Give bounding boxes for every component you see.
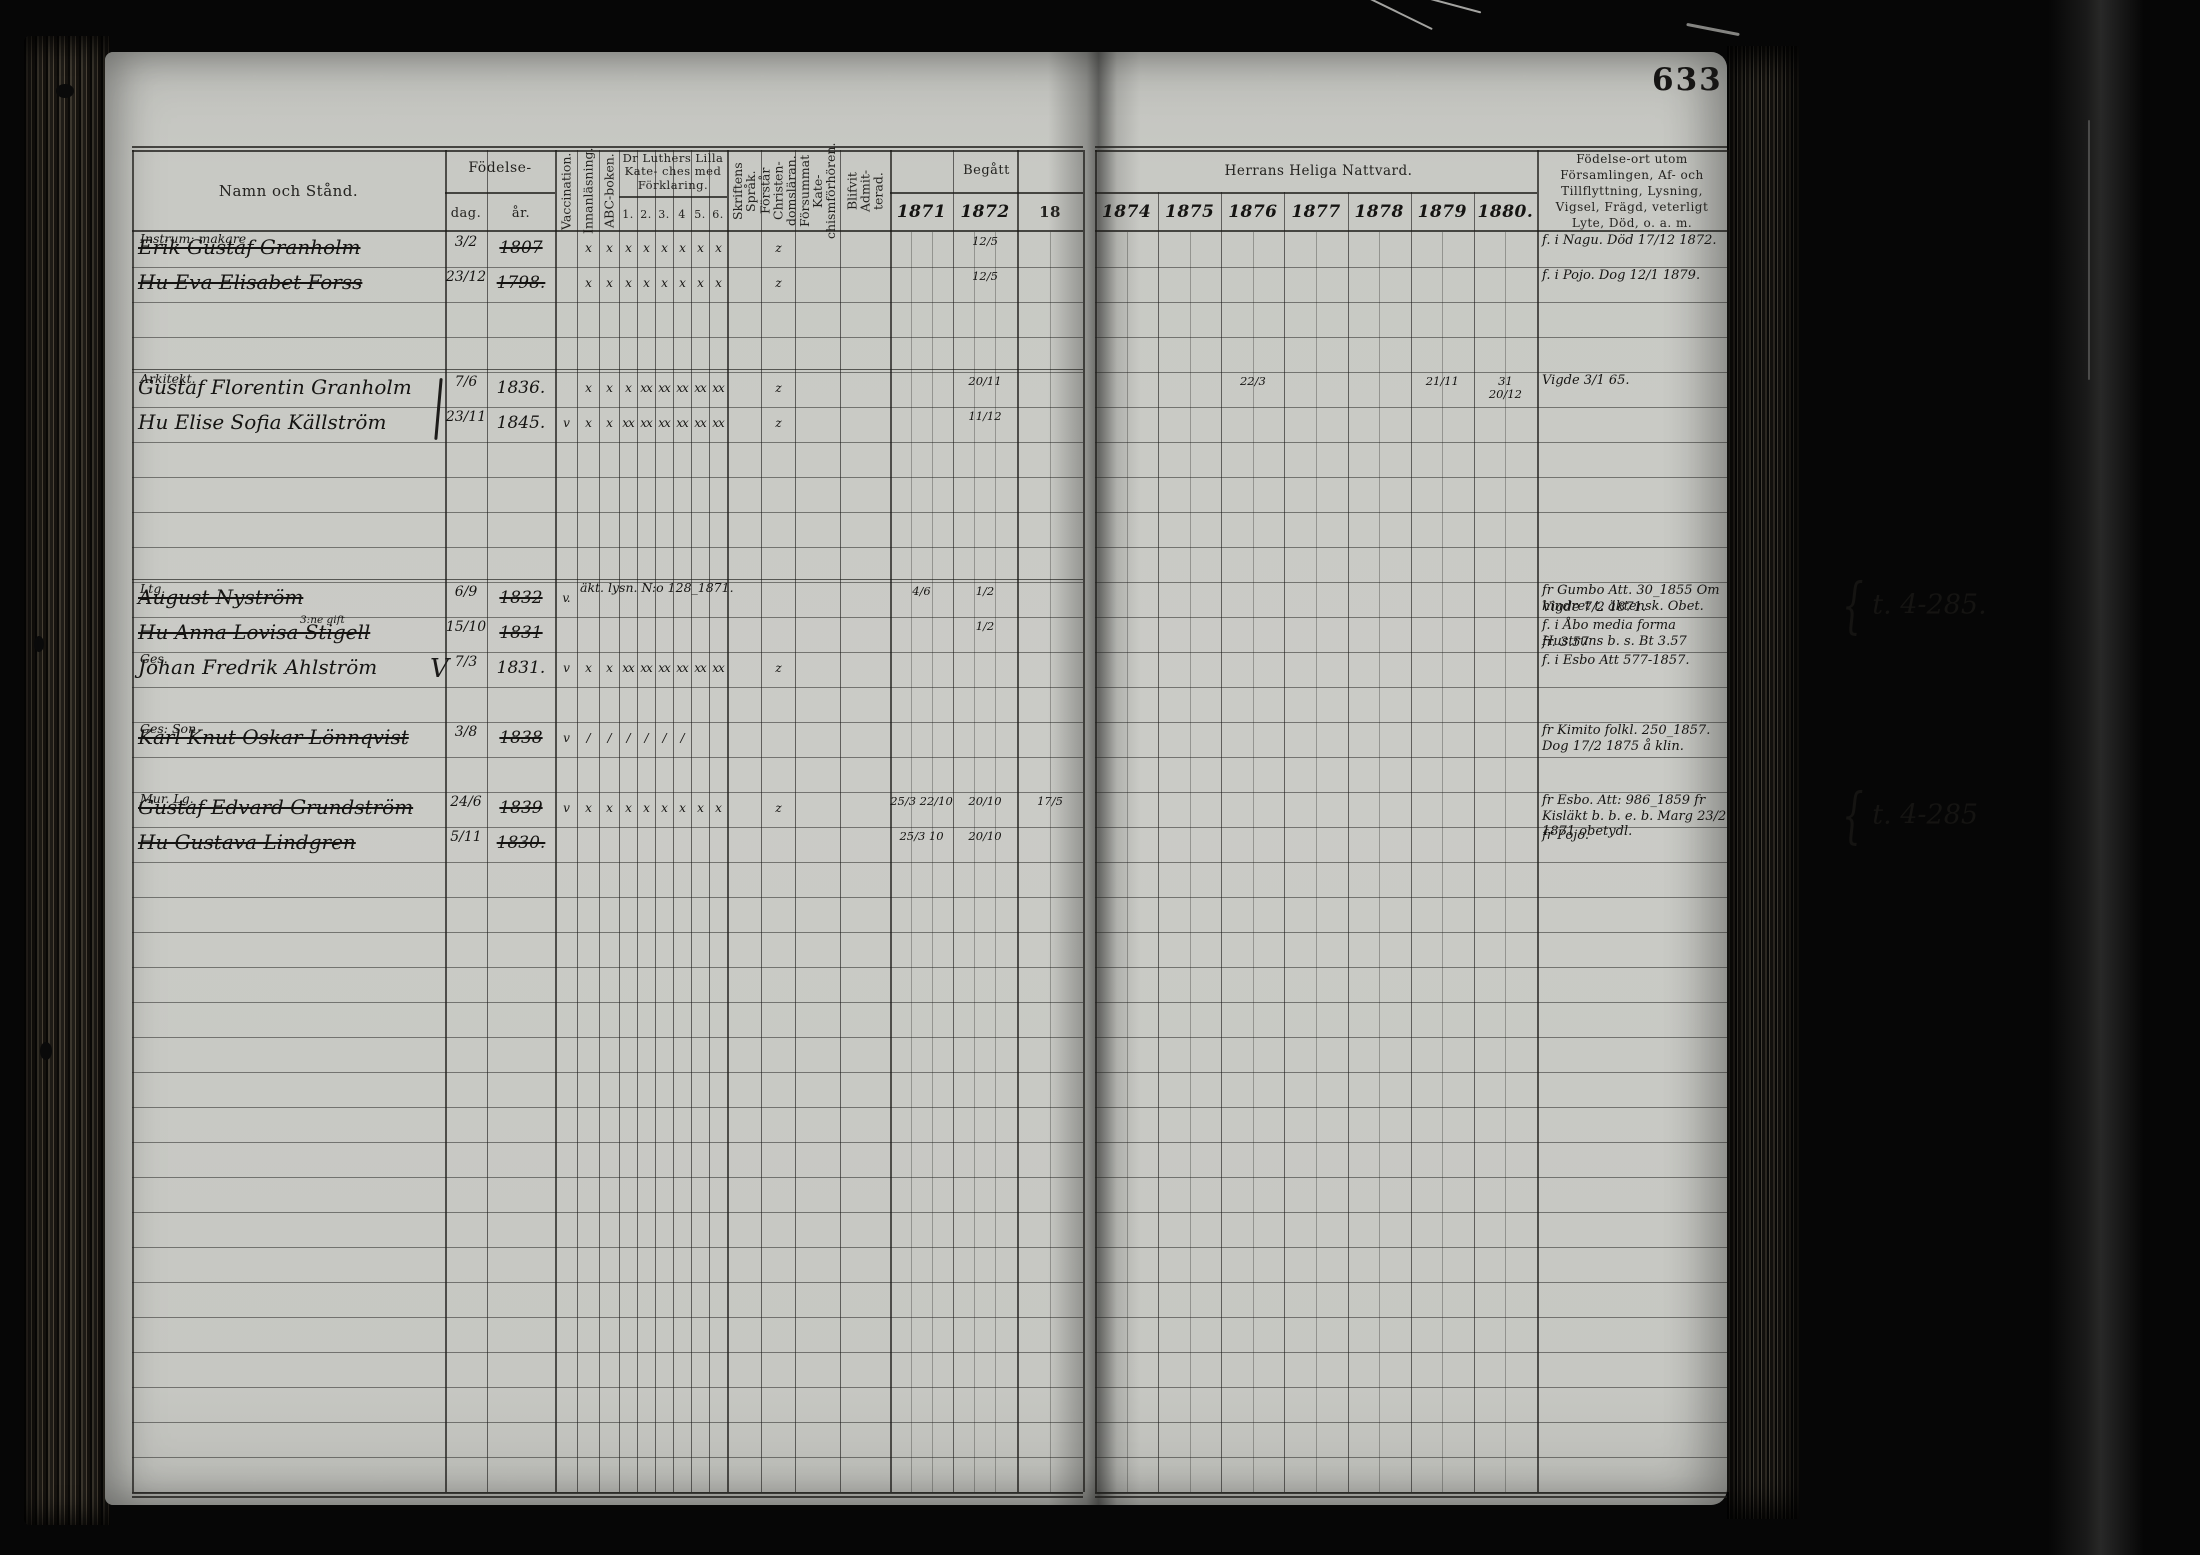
reading-mark: x: [577, 241, 599, 255]
row-rule: [1095, 862, 1727, 863]
birth-year: 1831.: [489, 658, 553, 678]
catechism-mark: /: [637, 731, 655, 745]
rule-vertical: [655, 150, 656, 1492]
ink-blot: [40, 1042, 52, 1060]
row-rule: [132, 652, 1083, 653]
communion-1872-mark: 20/10: [953, 830, 1017, 843]
ink-blot: [34, 636, 44, 652]
catechism-mark: xx: [691, 381, 709, 395]
rule-vertical: [890, 150, 892, 1492]
row-rule: [1095, 1352, 1727, 1353]
communion-1871-mark: 4/6: [890, 585, 953, 598]
group-divider: [132, 369, 1083, 370]
birth-year: 1832: [489, 588, 553, 608]
birth-day: 24/6: [445, 794, 487, 810]
person-name: Erik Gustaf Granholm: [138, 235, 438, 259]
rule-vertical: [795, 150, 796, 1492]
row-rule: [1095, 1107, 1727, 1108]
archival-ledger-photo: { "page_number": "633", "left_header": {…: [0, 0, 2200, 1555]
communion-1872-mark: 1/2: [953, 620, 1017, 633]
header-catechism-1: 1.: [619, 198, 637, 230]
row-rule: [1095, 512, 1727, 513]
birth-year: 1807: [489, 238, 553, 258]
rule-vertical: [555, 150, 557, 1492]
person-name: Hu Anna Lovisa Stigell: [138, 620, 438, 644]
row-rule: [132, 512, 1083, 513]
row-rule: [1095, 1282, 1727, 1283]
notes-entry: f. i Esbo Att 577-1857.: [1542, 653, 1728, 669]
nattvard-mark: 31 20/12: [1474, 375, 1537, 401]
abc-mark: x: [599, 416, 619, 430]
row-rule: [132, 1352, 1083, 1353]
vaccination-mark: v: [555, 661, 577, 675]
row-rule: [132, 407, 1083, 408]
catechism-mark: xx: [637, 416, 655, 430]
catechism-mark: xx: [673, 416, 691, 430]
rule-vertical: [691, 150, 692, 1492]
row-rule: [1095, 547, 1727, 548]
birth-year: 1798.: [489, 273, 553, 293]
notes-entry-line2: Vigde 7/2 1871.: [1542, 600, 1728, 616]
rule-vertical: [727, 150, 729, 1492]
row-rule: [1095, 302, 1727, 303]
rule-vertical: [673, 150, 674, 1492]
catechism-mark: x: [619, 276, 637, 290]
row-rule: [132, 1422, 1083, 1423]
row-rule: [132, 302, 1083, 303]
rule-horizontal: [132, 230, 1083, 232]
rule-vertical: [953, 150, 954, 1492]
header-scripture: Skriftens Språk.: [727, 152, 761, 230]
catechism-mark: xx: [655, 416, 673, 430]
row-rule: [1095, 1037, 1727, 1038]
catechism-mark: xx: [637, 381, 655, 395]
row-rule: [132, 547, 1083, 548]
understands-mark: z: [761, 241, 795, 255]
notes-entry: f. i Nagu. Död 17/12 1872.: [1542, 233, 1728, 249]
notes-entry: Vigde 3/1 65.: [1542, 373, 1728, 389]
catechism-mark: xx: [709, 381, 727, 395]
catechism-mark: x: [619, 381, 637, 395]
row-rule: [1095, 932, 1727, 933]
abc-mark: /: [599, 731, 619, 745]
reading-mark: x: [577, 276, 599, 290]
catechism-mark: xx: [673, 661, 691, 675]
catechism-mark: xx: [619, 661, 637, 675]
row-rule: [132, 1212, 1083, 1213]
rule-vertical: [1083, 150, 1085, 1492]
scratch-mark: [1349, 0, 1433, 30]
row-rule: [132, 1072, 1083, 1073]
row-rule: [132, 1247, 1083, 1248]
row-rule: [132, 372, 1083, 373]
rule-vertical: [132, 150, 134, 1492]
row-rule: [1095, 757, 1727, 758]
communion-1872-mark: 1/2: [953, 585, 1017, 598]
rule-vertical: [445, 150, 447, 1492]
row-rule: [132, 477, 1083, 478]
row-rule: [132, 1492, 1083, 1493]
row-rule: [1095, 1387, 1727, 1388]
communion-1872-mark: 11/12: [953, 410, 1017, 423]
header-holy-communion: Herrans Heliga Nattvard.: [1100, 152, 1537, 190]
row-rule: [132, 932, 1083, 933]
row-rule: [1095, 1492, 1727, 1493]
rule-horizontal: [1095, 1496, 1727, 1498]
scratch-mark: [1425, 0, 1482, 13]
reading-mark: x: [577, 801, 599, 815]
header-year-1875: 1875: [1158, 194, 1221, 230]
person-name: Hu Gustava Lindgren: [138, 830, 438, 854]
catechism-mark: x: [673, 801, 691, 815]
header-communion-group: Begått: [890, 150, 1083, 190]
row-rule: [132, 267, 1083, 268]
birth-day: 3/8: [445, 724, 487, 740]
header-year-1871: 1871: [890, 194, 953, 230]
row-rule: [132, 1177, 1083, 1178]
catechism-mark: xx: [691, 416, 709, 430]
person-name: Gustaf Edvard Grundström: [138, 795, 438, 819]
person-name: Johan Fredrik Ahlström: [138, 655, 438, 679]
reading-mark: x: [577, 381, 599, 395]
transfer-reference: { t. 4-285: [1842, 796, 1978, 836]
page-number: 633: [1652, 62, 1723, 98]
birth-day: 3/2: [445, 234, 487, 250]
row-rule: [132, 337, 1083, 338]
catechism-mark: /: [655, 731, 673, 745]
birth-year: 1845.: [489, 413, 553, 433]
catechism-mark: x: [673, 276, 691, 290]
row-rule: [1095, 687, 1727, 688]
birth-day: 23/11: [445, 409, 487, 425]
book-left-page-edges: [24, 36, 110, 1525]
header-year-1878: 1878: [1348, 194, 1411, 230]
catechism-mark: x: [709, 241, 727, 255]
header-understands: Förstår Christen- domsläran.: [761, 152, 795, 230]
rule-vertical: [761, 150, 762, 1492]
catechism-mark: xx: [673, 381, 691, 395]
rule-vertical: [577, 150, 578, 1492]
person-name: Hu Elise Sofia Källström: [138, 410, 438, 434]
row-rule: [1095, 1212, 1727, 1213]
catechism-mark: /: [673, 731, 691, 745]
brace-mark: {: [1842, 780, 1864, 852]
communion-1872-mark: 12/5: [953, 270, 1017, 283]
header-catechism-4: 4: [673, 198, 691, 230]
notes-entry: fr Pojo.: [1542, 828, 1728, 844]
header-year-1876: 1876: [1221, 194, 1284, 230]
header-reading: Innanläsning.: [577, 152, 599, 230]
abc-mark: x: [599, 661, 619, 675]
catechism-mark: x: [655, 801, 673, 815]
row-rule: [132, 1142, 1083, 1143]
catechism-mark: x: [709, 276, 727, 290]
catechism-mark: x: [691, 801, 709, 815]
reading-mark: x: [577, 661, 599, 675]
row-rule: [132, 757, 1083, 758]
catechism-mark: xx: [619, 416, 637, 430]
header-catechism-3: 3.: [655, 198, 673, 230]
header-year-1874: 1874: [1095, 194, 1158, 230]
rule-horizontal: [132, 146, 1083, 148]
row-rule: [132, 1107, 1083, 1108]
rule-horizontal: [445, 192, 555, 194]
rule-horizontal: [1095, 146, 1727, 148]
birth-year: 1836.: [489, 378, 553, 398]
book-right-page-edges: [1727, 46, 1799, 1519]
nattvard-mark: 21/11: [1411, 375, 1474, 388]
row-rule: [1095, 1072, 1727, 1073]
catechism-mark: xx: [655, 661, 673, 675]
rule-horizontal: [132, 1496, 1083, 1498]
row-rule: [132, 792, 1083, 793]
row-rule: [132, 862, 1083, 863]
abc-mark: x: [599, 241, 619, 255]
row-rule: [132, 1282, 1083, 1283]
understands-mark: z: [761, 276, 795, 290]
header-catechism-6: 6.: [709, 198, 727, 230]
rule-vertical: [599, 150, 600, 1492]
vaccination-mark: v: [555, 416, 577, 430]
communion-18-mark: 17/5: [1017, 795, 1083, 808]
nattvard-mark: 22/3: [1221, 375, 1284, 388]
catechism-mark: x: [637, 276, 655, 290]
header-name-column: Namn och Stånd.: [132, 150, 445, 232]
birth-day: 23/12: [445, 269, 487, 285]
catechism-mark: x: [619, 241, 637, 255]
row-rule: [1095, 897, 1727, 898]
reading-mark: /: [577, 731, 599, 745]
birth-day: 5/11: [445, 829, 487, 845]
row-rule: [132, 967, 1083, 968]
birth-year: 1831: [489, 623, 553, 643]
notes-entry: f. i Pojo. Dog 12/1 1879.: [1542, 268, 1728, 284]
header-birth-day: dag.: [445, 196, 487, 230]
birth-year: 1830.: [489, 833, 553, 853]
check-stroke: V: [430, 654, 449, 684]
communion-1872-mark: 20/11: [953, 375, 1017, 388]
scratch-mark: [2088, 120, 2090, 380]
row-rule: [132, 617, 1083, 618]
communion-1871-mark: 25/3 22/10: [890, 795, 953, 808]
communion-1872-mark: 20/10: [953, 795, 1017, 808]
catechism-mark: xx: [709, 661, 727, 675]
row-rule: [132, 827, 1083, 828]
understands-mark: z: [761, 416, 795, 430]
catechism-mark: x: [637, 241, 655, 255]
header-birth-year: år.: [487, 196, 555, 230]
understands-mark: z: [761, 801, 795, 815]
rule-horizontal: [1095, 150, 1727, 152]
abc-mark: x: [599, 381, 619, 395]
ink-blot: [56, 84, 74, 98]
row-rule: [1095, 1247, 1727, 1248]
rule-vertical: [1537, 150, 1539, 1492]
catechism-mark: xx: [691, 661, 709, 675]
header-year-1880: 1880.: [1474, 194, 1537, 230]
rule-vertical: [840, 150, 841, 1492]
row-rule: [132, 1037, 1083, 1038]
row-rule: [1095, 477, 1727, 478]
catechism-mark: x: [691, 241, 709, 255]
row-rule: [1095, 1177, 1727, 1178]
rule-vertical: [1017, 150, 1019, 1492]
catechism-mark: xx: [655, 381, 673, 395]
abc-mark: x: [599, 801, 619, 815]
catechism-mark: xx: [637, 661, 655, 675]
transfer-reference: { t. 4-285.: [1842, 586, 1987, 626]
rule-vertical: [619, 150, 620, 1492]
birth-day: 7/3: [445, 654, 487, 670]
header-neglected: Försummat Kate- chismförhören.: [795, 152, 840, 230]
row-rule: [132, 1317, 1083, 1318]
catechism-mark: x: [691, 276, 709, 290]
brace-mark: {: [1842, 570, 1864, 642]
row-rule: [132, 687, 1083, 688]
person-name: Karl Knut Oskar Lönnqvist: [138, 725, 438, 749]
catechism-mark: x: [619, 801, 637, 815]
row-rule: [1095, 442, 1727, 443]
vaccination-mark: v.: [555, 591, 577, 605]
row-rule: [1095, 1422, 1727, 1423]
rule-vertical: [1284, 192, 1285, 1492]
rule-vertical: [1158, 192, 1159, 1492]
catechism-mark: /: [619, 731, 637, 745]
birth-year: 1839: [489, 798, 553, 818]
catechism-mark: x: [709, 801, 727, 815]
abc-mark: x: [599, 276, 619, 290]
person-name: Gustaf Florentin Granholm: [138, 375, 438, 399]
header-abc-book: ABC-boken.: [599, 152, 619, 230]
birth-day: 15/10: [445, 619, 487, 635]
rule-vertical: [709, 150, 710, 1492]
header-vaccination: Vaccination.: [555, 152, 577, 230]
header-year-18: 18: [1017, 194, 1083, 230]
row-rule: [132, 1387, 1083, 1388]
row-rule: [1095, 1317, 1727, 1318]
reading-mark: x: [577, 416, 599, 430]
rule-vertical: [1348, 192, 1349, 1492]
birth-year: 1838: [489, 728, 553, 748]
birth-day: 6/9: [445, 584, 487, 600]
header-notes-column: Födelse-ort utom Församlingen, Af- och T…: [1541, 150, 1723, 232]
catechism-mark: x: [655, 241, 673, 255]
row-rule: [132, 442, 1083, 443]
row-rule: [132, 897, 1083, 898]
header-catechism-2: 2.: [637, 198, 655, 230]
header-year-1879: 1879: [1411, 194, 1474, 230]
vaccination-mark: v: [555, 801, 577, 815]
row-rule: [132, 1002, 1083, 1003]
rule-vertical: [637, 150, 638, 1492]
vaccination-mark: v: [555, 731, 577, 745]
row-rule: [1095, 407, 1727, 408]
row-rule: [1095, 1002, 1727, 1003]
scratch-mark: [1686, 23, 1740, 36]
row-rule: [132, 1457, 1083, 1458]
header-year-1877: 1877: [1284, 194, 1347, 230]
person-name: Hu Eva Elisabet Forss: [138, 270, 438, 294]
birth-day: 7/6: [445, 374, 487, 390]
person-name: August Nyström: [138, 585, 438, 609]
row-rule: [1095, 1457, 1727, 1458]
catechism-mark: x: [673, 241, 691, 255]
understands-mark: z: [761, 381, 795, 395]
catechism-mark: x: [655, 276, 673, 290]
header-birth-group: Födelse-: [445, 154, 555, 182]
communion-1871-mark: 25/3 10: [890, 830, 953, 843]
rule-vertical: [487, 150, 488, 1492]
rule-horizontal: [890, 192, 1083, 194]
notes-entry: fr Kimito folkl. 250_1857. Dog 17/2 1875…: [1542, 723, 1728, 754]
row-rule: [1095, 1142, 1727, 1143]
row-rule: [1095, 967, 1727, 968]
catechism-mark: x: [637, 801, 655, 815]
row-rule: [132, 722, 1083, 723]
rule-vertical: [1095, 150, 1097, 1492]
rule-horizontal: [132, 150, 1083, 152]
background-light-band: [2048, 0, 2144, 1555]
row-rule: [1095, 337, 1727, 338]
catechism-mark: xx: [709, 416, 727, 430]
understands-mark: z: [761, 661, 795, 675]
header-year-1872: 1872: [953, 194, 1017, 230]
header-catechism-5: 5.: [691, 198, 709, 230]
notes-entry-line2: fr. 3.57: [1542, 635, 1728, 651]
communion-1872-mark: 12/5: [953, 235, 1017, 248]
header-admitted: Blifvit Admit- terad.: [840, 152, 890, 230]
banns-note: äkt. lysn. N:o 128_1871.: [580, 580, 734, 595]
